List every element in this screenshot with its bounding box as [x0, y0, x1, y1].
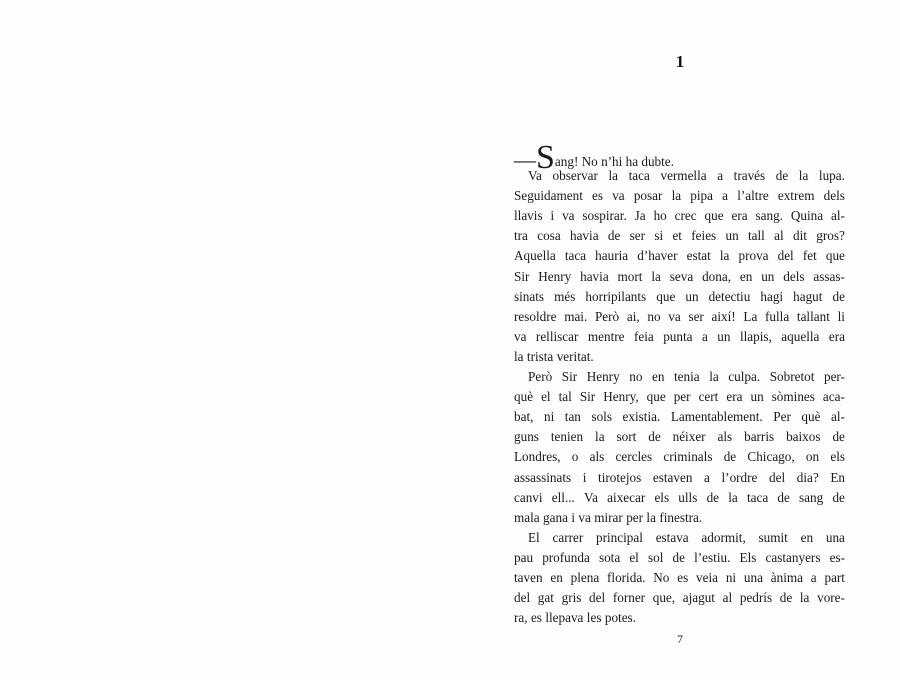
word: mort [618, 267, 643, 287]
word: veritat. [557, 347, 594, 367]
word: castanyers [766, 548, 821, 568]
word: ulls [678, 488, 697, 508]
word: a [704, 468, 710, 488]
word: extrem [778, 186, 815, 206]
word: de [776, 166, 788, 186]
word: cercles [616, 447, 653, 467]
word: de [707, 488, 719, 508]
word: havia [570, 226, 599, 246]
word: estat [687, 246, 711, 266]
word: a [722, 186, 728, 206]
word: néixer [673, 427, 706, 447]
text-line: sinatsméshorripilantsqueundetectiuhagiha… [514, 287, 845, 307]
word: més [554, 287, 575, 307]
word: mentre [588, 327, 625, 347]
word: de [780, 588, 792, 608]
word: si [654, 226, 663, 246]
word: per [674, 387, 691, 407]
word: una [826, 528, 845, 548]
word: als [718, 427, 733, 447]
word: en [801, 528, 813, 548]
word: va [668, 307, 680, 327]
text-line: PeròSirHenrynoentenialaculpa.Sobretotper… [514, 367, 845, 387]
word: Seguidament [514, 186, 583, 206]
word: pipa [690, 186, 713, 206]
word: taca [747, 488, 768, 508]
page-number: 7 [450, 632, 900, 647]
word: o [572, 447, 579, 467]
word: resoldre [514, 307, 556, 327]
text-line: gunstenienlasortdenéixeralsbarrisbaixosd… [514, 427, 845, 447]
word: canvi [514, 488, 543, 508]
word: llepava [545, 608, 583, 628]
word: lupa. [819, 166, 845, 186]
word: vermella [660, 166, 706, 186]
word: que [705, 206, 724, 226]
word: va [612, 186, 624, 206]
word: bat, [514, 407, 533, 427]
word: principal [596, 528, 643, 548]
word: ser [688, 307, 703, 327]
word: Sobretot [770, 367, 815, 387]
word: ajagut [683, 588, 715, 608]
word: pau [514, 548, 533, 568]
word: detectiu [709, 287, 751, 307]
word: part [824, 568, 845, 588]
word: que [656, 287, 675, 307]
word: sota [599, 548, 620, 568]
word: què [514, 387, 533, 407]
word: ni [544, 407, 554, 427]
word: et [672, 226, 682, 246]
word: del [769, 468, 785, 488]
word: de [777, 488, 789, 508]
word: es [592, 186, 603, 206]
text-line: Londres,oalscerclescriminalsdeChicago,on… [514, 447, 845, 467]
word: tall [748, 226, 765, 246]
word: tenia [674, 367, 700, 387]
word: sol [648, 548, 663, 568]
word: assas- [813, 267, 845, 287]
word: mala [514, 508, 540, 528]
word: es- [830, 548, 845, 568]
text-line: llavisivasospirar.Jahocrecqueerasang.Qui… [514, 206, 845, 226]
word: era [829, 327, 845, 347]
word: aca- [823, 387, 845, 407]
text-line: quèeltalSirHenry,quepercerteraunsòminesa… [514, 387, 845, 407]
word: per- [824, 367, 845, 387]
word: ell... [552, 488, 575, 508]
word: en [740, 267, 752, 287]
word: de [608, 226, 620, 246]
word: la [595, 427, 605, 447]
word: del [778, 246, 794, 266]
word: sort [617, 427, 637, 447]
word: va [562, 206, 574, 226]
word: Ja [635, 206, 646, 226]
word: la [609, 166, 619, 186]
word: les [587, 608, 602, 628]
word: la [709, 367, 719, 387]
word: Henry [587, 367, 620, 387]
word: plena [571, 568, 600, 588]
word: sang [799, 488, 823, 508]
word: barris [744, 427, 774, 447]
word: es [677, 568, 688, 588]
word: fulla [765, 307, 789, 327]
word: florida. [607, 568, 645, 588]
word: gros? [816, 226, 845, 246]
text-line: bat,nitansolsexistia.Lamentablement.Perq… [514, 407, 845, 427]
word: el [629, 548, 639, 568]
word: sospirar. [582, 206, 626, 226]
word: al- [831, 206, 845, 226]
word: través [734, 166, 766, 186]
word: taven [514, 568, 543, 588]
word: Però [595, 307, 619, 327]
word: tirotejos [598, 468, 641, 488]
word: dia? [797, 468, 819, 488]
word: la [672, 186, 682, 206]
word: al [723, 588, 733, 608]
text-line: tavenenplenaflorida.Noesveianiunaànimaap… [514, 568, 845, 588]
word: Henry, [603, 387, 638, 407]
word: Sir [562, 367, 577, 387]
word: al- [831, 407, 845, 427]
word: d’haver [637, 246, 677, 266]
text-line: Aquellatacahauriad’haverestatlaprovadelf… [514, 246, 845, 266]
word: de [832, 427, 844, 447]
text-line: malaganaivamirarperlafinestra. [514, 508, 845, 528]
word: la [799, 166, 809, 186]
text-line: tracosahaviadesersietfeiesuntallalditgro… [514, 226, 845, 246]
word: va [578, 508, 590, 528]
word: de [832, 488, 844, 508]
text-line: pauprofundasotaelsoldel’estiu.Elscastany… [514, 548, 845, 568]
word: no [647, 307, 660, 327]
word: estaven [653, 468, 693, 488]
word: així! [712, 307, 736, 327]
word: Lamentablement. [671, 407, 763, 427]
word: del [589, 588, 605, 608]
word: Henry [538, 267, 571, 287]
word: un [750, 387, 763, 407]
word: ni [726, 568, 736, 588]
word: Sir [580, 387, 595, 407]
word: Londres, [514, 447, 561, 467]
word: Chicago, [747, 447, 794, 467]
word: al [774, 226, 784, 246]
word: de [833, 287, 845, 307]
word: tan [565, 407, 581, 427]
word: hagut [793, 287, 822, 307]
word: aixecar [607, 488, 645, 508]
word: l’ordre [722, 468, 758, 488]
text-lines: Vaobservarlatacavermellaatravésdelalupa.… [514, 166, 845, 628]
word: ra, [514, 608, 528, 628]
word: estava [656, 528, 689, 548]
word: assassinats [514, 468, 571, 488]
word: la [728, 488, 738, 508]
word: del [514, 588, 530, 608]
word: gris [562, 588, 582, 608]
word: on [806, 447, 819, 467]
word: els [830, 447, 845, 467]
word: cert [699, 387, 719, 407]
word: aquella [781, 327, 819, 347]
word: Aquella [514, 246, 556, 266]
text-line: Vaobservarlatacavermellaatravésdelalupa. [514, 166, 845, 186]
word: es [531, 608, 542, 628]
word: què [801, 407, 820, 427]
drop-cap: S [536, 139, 555, 176]
word: profunda [542, 548, 590, 568]
word: existia. [623, 407, 661, 427]
word: la [514, 347, 524, 367]
word: No [653, 568, 669, 588]
word: dona, [702, 267, 731, 287]
word: de [673, 548, 685, 568]
word: la [651, 267, 661, 287]
word: i [583, 468, 587, 488]
word: adormit, [701, 528, 745, 548]
word: criminals [663, 447, 712, 467]
word: ai, [627, 307, 640, 327]
right-page: 1 —Sang! No n’hi ha dubte. Vaobservarlat… [450, 0, 900, 680]
word: als [590, 447, 605, 467]
word: Els [740, 548, 757, 568]
word: a [717, 166, 723, 186]
text-line: latristaveritat. [514, 347, 845, 367]
word: que, [653, 588, 675, 608]
word: carrer [553, 528, 584, 548]
word: pedrís [740, 588, 772, 608]
word: trista [527, 347, 553, 367]
word: llapis, [740, 327, 772, 347]
text-line: SirHenryhaviamortlasevadona,enundelsassa… [514, 267, 845, 287]
text-line: ra,esllepavalespotes. [514, 608, 845, 628]
word: sòmines [772, 387, 815, 407]
word: no [629, 367, 642, 387]
text-line: assassinatsitirotejosestavenal’ordredeld… [514, 468, 845, 488]
word: posar [634, 186, 663, 206]
word: prova [738, 246, 768, 266]
word: tallant [797, 307, 830, 327]
word: El [528, 528, 540, 548]
text-line: Seguidamentesvaposarlapipaal’altreextrem… [514, 186, 845, 206]
word: havia [580, 267, 609, 287]
word: feies [691, 226, 716, 246]
word: Per [773, 407, 791, 427]
word: Quina [791, 206, 823, 226]
word: potes. [605, 608, 636, 628]
word: gat [538, 588, 554, 608]
word: taca [629, 166, 650, 186]
word: En [830, 468, 845, 488]
word: la [800, 588, 810, 608]
word: dels [824, 186, 845, 206]
word: en [550, 568, 562, 588]
word: vore- [817, 588, 845, 608]
word: tenien [551, 427, 583, 447]
word: a [811, 568, 817, 588]
opening-line: —Sang! No n’hi ha dubte. [514, 146, 845, 166]
left-page-blank [0, 0, 450, 680]
chapter-body-text: —Sang! No n’hi ha dubte. Vaobservarlatac… [514, 146, 845, 628]
word: que [826, 246, 845, 266]
book-spread: 1 —Sang! No n’hi ha dubte. Vaobservarlat… [0, 0, 900, 680]
word: de [724, 447, 736, 467]
word: mirar [594, 508, 623, 528]
word: tal [559, 387, 572, 407]
word: un [685, 287, 698, 307]
word: horripilants [585, 287, 646, 307]
word: Però [528, 367, 552, 387]
word: culpa. [728, 367, 760, 387]
word: Va [584, 488, 598, 508]
text-line: canviell...Vaaixecarelsullsdelatacadesan… [514, 488, 845, 508]
em-dash: — [514, 147, 536, 172]
word: dels [783, 267, 804, 287]
word: els [654, 488, 669, 508]
word: gana [543, 508, 568, 528]
chapter-number: 1 [450, 52, 900, 72]
word: un [761, 267, 774, 287]
word: la [720, 246, 730, 266]
word: observar [553, 166, 598, 186]
word: veia [696, 568, 718, 588]
word: hauria [595, 246, 628, 266]
word: tra [514, 226, 528, 246]
word: per [626, 508, 643, 528]
word: dit [793, 226, 807, 246]
word: mai. [564, 307, 587, 327]
word: en [652, 367, 664, 387]
word: sols [591, 407, 612, 427]
word: guns [514, 427, 539, 447]
word: punta [663, 327, 692, 347]
word: la [646, 508, 656, 528]
opening-line-text: ang! No n’hi ha dubte. [555, 154, 674, 169]
word: un [717, 327, 730, 347]
word: una [744, 568, 763, 588]
word: fet [803, 246, 817, 266]
word: sang. [755, 206, 782, 226]
word: l’estiu. [694, 548, 730, 568]
word: de [648, 427, 660, 447]
word: ho [654, 206, 667, 226]
word: que [647, 387, 666, 407]
word: sumit [759, 528, 788, 548]
word: llavis [514, 206, 543, 226]
word: baixos [786, 427, 820, 447]
word: relliscar [536, 327, 578, 347]
word: un [726, 226, 739, 246]
word: i [571, 508, 575, 528]
word: Sir [514, 267, 529, 287]
text-line: resoldremai.Peròai,novaseraixí!Lafullata… [514, 307, 845, 327]
word: va [514, 327, 526, 347]
word: hagi [760, 287, 783, 307]
word: era [726, 387, 742, 407]
word: feia [634, 327, 654, 347]
text-line: delgatgrisdelfornerque,ajagutalpedrísdel… [514, 588, 845, 608]
word: sinats [514, 287, 544, 307]
word: ser [630, 226, 645, 246]
word: taca [565, 246, 586, 266]
text-line: varelliscarmentrefeiapuntaaunllapis,aque… [514, 327, 845, 347]
word: el [541, 387, 551, 407]
word: ànima [771, 568, 803, 588]
word: forner [613, 588, 645, 608]
word: seva [670, 267, 693, 287]
text-line: Elcarrerprincipalestavaadormit,sumitenun… [514, 528, 845, 548]
word: li [838, 307, 845, 327]
word: i [550, 206, 554, 226]
word: a [702, 327, 708, 347]
word: era [731, 206, 747, 226]
word: crec [675, 206, 697, 226]
word: finestra. [659, 508, 702, 528]
word: cosa [537, 226, 560, 246]
word: La [743, 307, 757, 327]
word: l’altre [737, 186, 768, 206]
